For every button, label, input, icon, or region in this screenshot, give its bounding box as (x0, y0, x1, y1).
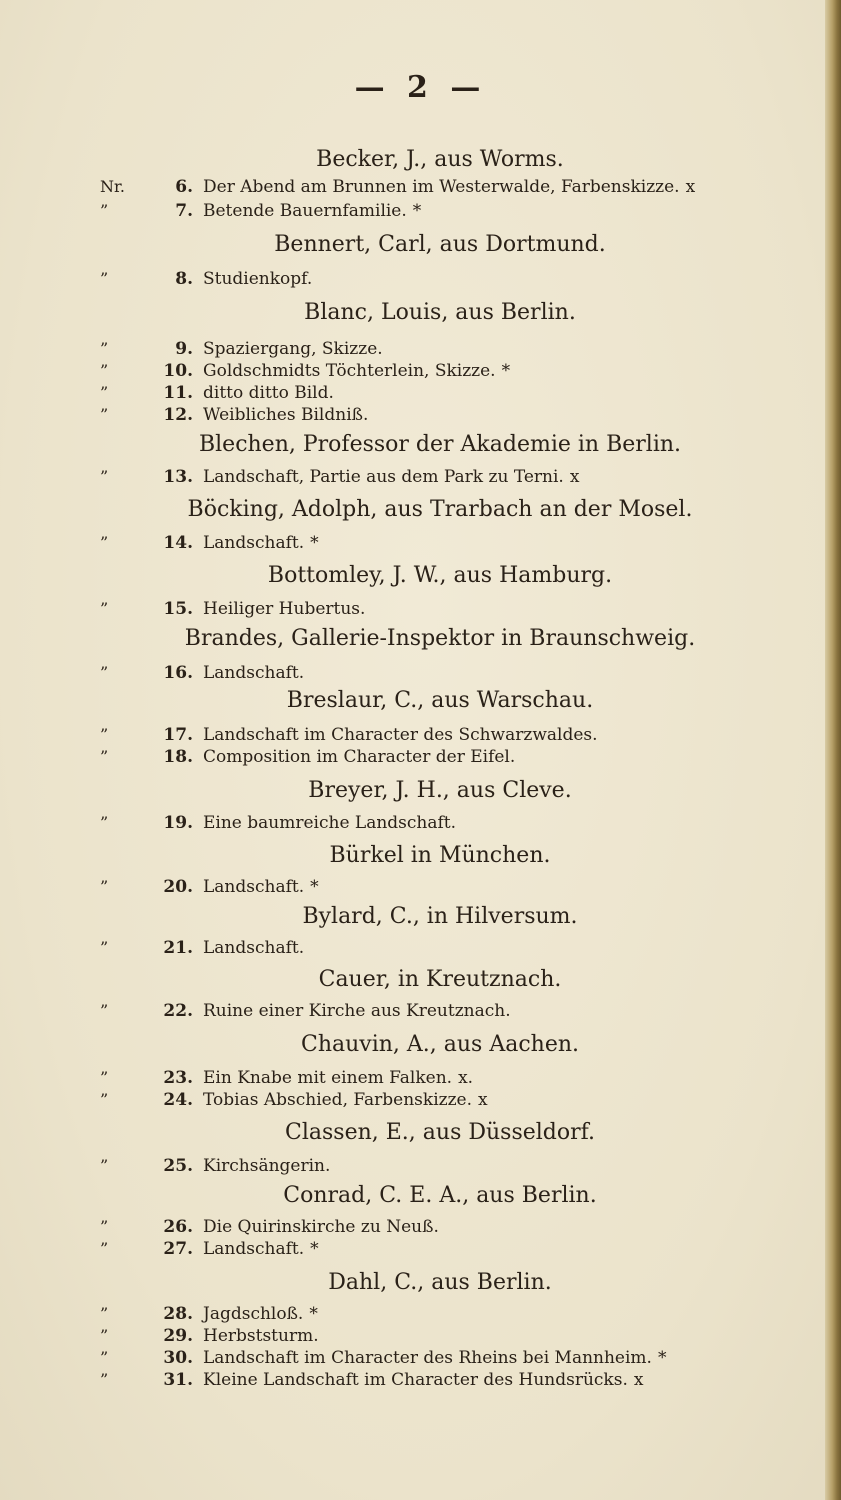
entry-mark: x. (458, 1068, 473, 1088)
artist-heading: Brandes, Gallerie-Inspektor in Braunschw… (90, 626, 790, 651)
entry-title: Herbststurm. (203, 1325, 319, 1347)
catalog-entry: ”21.Landschaft. (100, 937, 310, 959)
entry-number: 13. (138, 466, 203, 488)
catalog-entry: Nr.6.Der Abend am Brunnen im Westerwalde… (100, 176, 695, 198)
entry-prefix: ” (100, 360, 138, 382)
entry-number: 6. (138, 176, 203, 198)
artist-heading: Böcking, Adolph, aus Trarbach an der Mos… (90, 497, 790, 522)
book-spine-edge (825, 0, 841, 1500)
entry-title: Goldschmidts Töchterlein, Skizze. (203, 360, 496, 382)
entry-title: Ein Knabe mit einem Falken. (203, 1067, 452, 1089)
entry-title: ditto ditto Bild. (203, 382, 334, 404)
entry-number: 30. (138, 1347, 203, 1369)
entry-mark: * (310, 877, 319, 897)
entry-mark: x (634, 1370, 644, 1390)
catalog-entry: ”26.Die Quirinskirche zu Neuß. (100, 1216, 445, 1238)
entry-prefix: ” (100, 1347, 138, 1369)
entry-number: 23. (138, 1067, 203, 1089)
entry-number: 7. (138, 200, 203, 222)
entry-title: Landschaft. (203, 937, 304, 959)
artist-heading: Chauvin, A., aus Aachen. (90, 1032, 790, 1057)
entry-prefix: ” (100, 1325, 138, 1347)
catalog-entry: ”8.Studienkopf. (100, 268, 318, 290)
artist-heading: Breyer, J. H., aus Cleve. (90, 778, 790, 803)
page-number: — 2 — (0, 70, 841, 105)
entry-number: 31. (138, 1369, 203, 1391)
catalog-entry: ”15.Heiliger Hubertus. (100, 598, 371, 620)
entry-prefix: ” (100, 1303, 138, 1325)
entry-number: 14. (138, 532, 203, 554)
artist-heading: Bottomley, J. W., aus Hamburg. (90, 563, 790, 588)
entry-number: 10. (138, 360, 203, 382)
catalog-entry: ”25.Kirchsängerin. (100, 1155, 336, 1177)
entry-number: 29. (138, 1325, 203, 1347)
entry-title: Der Abend am Brunnen im Westerwalde, Far… (203, 176, 680, 198)
catalog-entry: ”11.ditto ditto Bild. (100, 382, 340, 404)
catalog-entry: ”13.Landschaft, Partie aus dem Park zu T… (100, 466, 579, 488)
entry-prefix: ” (100, 382, 138, 404)
artist-heading: Classen, E., aus Düsseldorf. (90, 1120, 790, 1145)
artist-heading: Cauer, in Kreutznach. (90, 967, 790, 992)
entry-prefix: ” (100, 937, 138, 959)
entry-prefix: ” (100, 466, 138, 488)
entry-prefix: ” (100, 404, 138, 426)
entry-prefix: ” (100, 200, 138, 222)
entry-title: Jagdschloß. (203, 1303, 303, 1325)
entry-mark: * (310, 1239, 319, 1259)
entry-prefix: ” (100, 876, 138, 898)
catalog-entry: ”7.Betende Bauernfamilie.* (100, 200, 421, 222)
entry-prefix: ” (100, 268, 138, 290)
entry-title: Spaziergang, Skizze. (203, 338, 383, 360)
entry-prefix: ” (100, 1216, 138, 1238)
entry-number: 11. (138, 382, 203, 404)
entry-mark: * (413, 201, 422, 221)
entry-mark: * (310, 533, 319, 553)
entry-number: 22. (138, 1000, 203, 1022)
entry-title: Landschaft. (203, 876, 304, 898)
entry-prefix: ” (100, 1000, 138, 1022)
artist-heading: Bennert, Carl, aus Dortmund. (90, 232, 790, 257)
catalog-entry: ”23.Ein Knabe mit einem Falken.x. (100, 1067, 473, 1089)
catalog-entry: ”9.Spaziergang, Skizze. (100, 338, 389, 360)
catalog-entry: ”20.Landschaft.* (100, 876, 319, 898)
catalog-entry: ”18.Composition im Character der Eifel. (100, 746, 521, 768)
catalog-entry: ”28.Jagdschloß.* (100, 1303, 318, 1325)
entry-title: Composition im Character der Eifel. (203, 746, 515, 768)
artist-heading: Breslaur, C., aus Warschau. (90, 688, 790, 713)
entry-number: 15. (138, 598, 203, 620)
entry-mark: * (502, 361, 511, 381)
artist-heading: Bürkel in München. (90, 843, 790, 868)
entry-title: Kleine Landschaft im Character des Hunds… (203, 1369, 628, 1391)
entry-prefix: Nr. (100, 176, 138, 198)
catalog-entry: ”31.Kleine Landschaft im Character des H… (100, 1369, 643, 1391)
entry-title: Studienkopf. (203, 268, 312, 290)
entry-number: 18. (138, 746, 203, 768)
entry-mark: x (570, 467, 580, 487)
entry-prefix: ” (100, 1155, 138, 1177)
catalog-entry: ”24.Tobias Abschied, Farbenskizze.x (100, 1089, 488, 1111)
entry-title: Eine baumreiche Landschaft. (203, 812, 456, 834)
entry-number: 17. (138, 724, 203, 746)
artist-heading: Bylard, C., in Hilversum. (90, 904, 790, 929)
entry-prefix: ” (100, 338, 138, 360)
entry-prefix: ” (100, 724, 138, 746)
entry-number: 20. (138, 876, 203, 898)
entry-prefix: ” (100, 598, 138, 620)
entry-prefix: ” (100, 662, 138, 684)
entry-number: 24. (138, 1089, 203, 1111)
artist-heading: Blanc, Louis, aus Berlin. (90, 300, 790, 325)
entry-number: 25. (138, 1155, 203, 1177)
entry-title: Landschaft, Partie aus dem Park zu Terni… (203, 466, 564, 488)
entry-title: Tobias Abschied, Farbenskizze. (203, 1089, 472, 1111)
entry-number: 16. (138, 662, 203, 684)
entry-mark: * (658, 1348, 667, 1368)
artist-heading: Dahl, C., aus Berlin. (90, 1270, 790, 1295)
entry-prefix: ” (100, 1067, 138, 1089)
entry-number: 21. (138, 937, 203, 959)
catalog-entry: ”29.Herbststurm. (100, 1325, 325, 1347)
entry-title: Heiliger Hubertus. (203, 598, 365, 620)
entry-title: Ruine einer Kirche aus Kreutznach. (203, 1000, 511, 1022)
artist-heading: Becker, J., aus Worms. (90, 147, 790, 172)
catalog-entry: ”27.Landschaft.* (100, 1238, 319, 1260)
entry-title: Landschaft. (203, 662, 304, 684)
entry-number: 9. (138, 338, 203, 360)
entry-prefix: ” (100, 1089, 138, 1111)
catalog-entry: ”30.Landschaft im Character des Rheins b… (100, 1347, 666, 1369)
entry-mark: x (686, 177, 696, 197)
entry-prefix: ” (100, 812, 138, 834)
catalog-entry: ”10.Goldschmidts Töchterlein, Skizze.* (100, 360, 510, 382)
artist-heading: Conrad, C. E. A., aus Berlin. (90, 1183, 790, 1208)
entry-title: Landschaft im Character des Rheins bei M… (203, 1347, 652, 1369)
entry-mark: x (478, 1090, 488, 1110)
entry-prefix: ” (100, 1369, 138, 1391)
entry-number: 27. (138, 1238, 203, 1260)
catalog-entry: ”17.Landschaft im Character des Schwarzw… (100, 724, 604, 746)
entry-title: Landschaft. (203, 1238, 304, 1260)
entry-mark: * (309, 1304, 318, 1324)
entry-title: Die Quirinskirche zu Neuß. (203, 1216, 439, 1238)
catalog-entry: ”16.Landschaft. (100, 662, 310, 684)
entry-number: 28. (138, 1303, 203, 1325)
entry-title: Landschaft im Character des Schwarzwalde… (203, 724, 598, 746)
entry-number: 26. (138, 1216, 203, 1238)
entry-title: Betende Bauernfamilie. (203, 200, 407, 222)
catalog-entry: ”12.Weibliches Bildniß. (100, 404, 374, 426)
catalog-entry: ”14.Landschaft.* (100, 532, 319, 554)
catalog-entry: ”19.Eine baumreiche Landschaft. (100, 812, 462, 834)
catalog-entry: ”22.Ruine einer Kirche aus Kreutznach. (100, 1000, 517, 1022)
entry-title: Weibliches Bildniß. (203, 404, 368, 426)
entry-number: 19. (138, 812, 203, 834)
entry-prefix: ” (100, 746, 138, 768)
entry-prefix: ” (100, 532, 138, 554)
entry-title: Kirchsängerin. (203, 1155, 330, 1177)
entry-number: 12. (138, 404, 203, 426)
entry-number: 8. (138, 268, 203, 290)
artist-heading: Blechen, Professor der Akademie in Berli… (90, 432, 790, 457)
entry-title: Landschaft. (203, 532, 304, 554)
entry-prefix: ” (100, 1238, 138, 1260)
